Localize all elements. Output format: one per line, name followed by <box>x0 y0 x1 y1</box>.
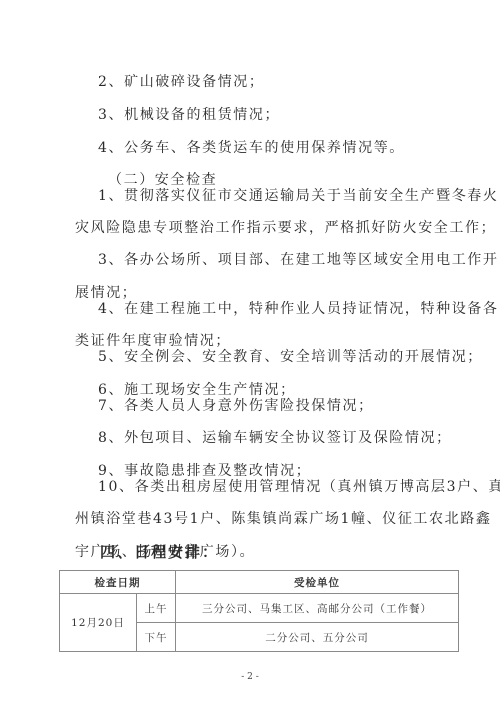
header-check-date: 检查日期 <box>60 571 176 594</box>
header-inspected-units: 受检单位 <box>176 571 459 594</box>
paragraph-line: 3、各办公场所、项目部、在建工地等区域安全用电工作开 <box>98 251 499 269</box>
paragraph-line: 5、安全例会、安全教育、安全培训等活动的开展情况； <box>98 348 483 366</box>
cell-units-am: 三分公司、马集工区、高邮分公司（工作餐） <box>176 594 459 623</box>
paragraph-line: 1、贯彻落实仪征市交通运输局关于当前安全生产暨冬春火 <box>98 187 499 205</box>
page-number: - 2 - <box>0 672 500 682</box>
paragraph-line: 10、各类出租房屋使用管理情况（真州镇万博高层3户、真 <box>98 478 500 496</box>
paragraph-line: 8、外包项目、运输车辆安全协议签订及保险情况； <box>98 429 452 447</box>
schedule-table: 检查日期 受检单位 12月20日 上午 三分公司、马集工区、高邮分公司（工作餐）… <box>59 570 459 652</box>
table-header-row: 检查日期 受检单位 <box>60 571 459 594</box>
paragraph-line: 4、公务车、各类货运车的使用保养情况等。 <box>98 139 405 157</box>
section-heading-schedule: 四、日程安排： <box>100 543 219 561</box>
paragraph-line: 4、在建工程施工中，特种作业人员持证情况，特种设备各 <box>98 300 499 318</box>
paragraph-line: 7、各类人员人身意外伤害险投保情况； <box>98 397 374 415</box>
cell-units-pm: 二分公司、五分公司 <box>176 623 459 652</box>
cell-period-am: 上午 <box>137 594 176 623</box>
cell-date: 12月20日 <box>60 594 137 652</box>
table-row: 12月20日 上午 三分公司、马集工区、高邮分公司（工作餐） <box>60 594 459 623</box>
paragraph-line: 3、机械设备的租赁情况； <box>98 106 280 124</box>
paragraph-line: 州镇浴堂巷43号1户、陈集镇尚霖广场1幢、仪征工农北路鑫 <box>75 510 491 528</box>
paragraph-line: 2、矿山破碎设备情况； <box>98 73 265 91</box>
paragraph-line: 灾风险隐患专项整治工作指示要求，严格抓好防火安全工作； <box>75 219 496 237</box>
cell-period-pm: 下午 <box>137 623 176 652</box>
